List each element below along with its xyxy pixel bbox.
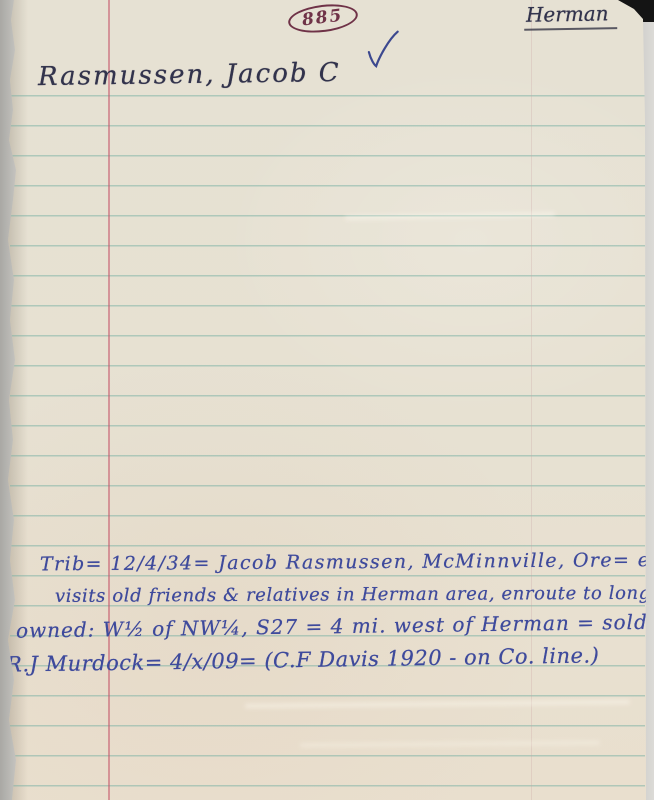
red-margin-line xyxy=(108,0,110,800)
scanned-ledger-page: 885 Herman Rasmussen, Jacob C Trib= 12/4… xyxy=(0,0,654,800)
ruled-lines xyxy=(10,95,645,800)
note-line: visits old friends & relatives in Herman… xyxy=(55,582,654,607)
note-line: Trib= 12/4/34= Jacob Rasmussen, McMinnvi… xyxy=(40,549,654,576)
circled-page-number: 885 xyxy=(287,1,359,36)
page-title: Rasmussen, Jacob C xyxy=(38,58,341,92)
faint-vertical-line xyxy=(531,0,532,800)
checkmark-icon xyxy=(360,26,406,72)
paper-sheet: 885 Herman Rasmussen, Jacob C Trib= 12/4… xyxy=(0,0,654,800)
corner-label-herman: Herman xyxy=(524,1,617,31)
